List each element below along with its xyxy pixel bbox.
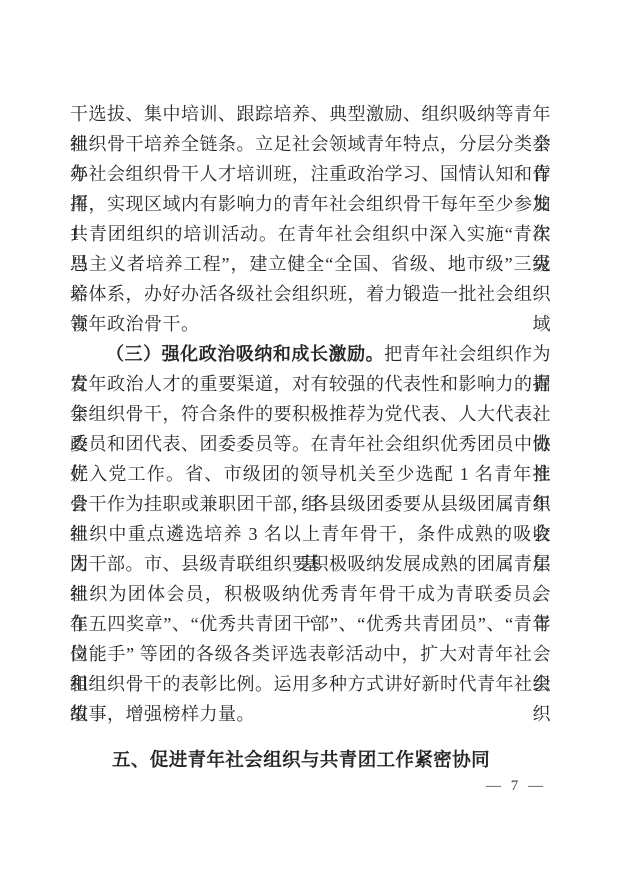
text-line: 年五四奖章”、“优秀共青团干部”、“优秀共青团员”、“青年岗 (70, 609, 551, 639)
text-line: 年社会组织骨干人才培训班，注重政治学习、国情认知和作用发 (70, 159, 551, 189)
text-line: 组织为团体会员，积极吸纳优秀青年骨干成为青联委员。在“青 (70, 579, 551, 609)
text-line: 青年政治人才的重要渠道，对有较强的代表性和影响力的青年社 (70, 369, 551, 399)
text-line: 共青团组织的培训活动。在青年社会组织中深入实施“青年马克 (70, 219, 551, 249)
text-line: 挥，实现区域内有影响力的青年社会组织骨干每年至少参加 1 次 (70, 189, 551, 219)
page-number: — 7 — (486, 778, 546, 795)
text-line: 骨干作为挂职或兼职团干部，各县级团委要从县级团属青年社会 (70, 489, 551, 519)
document-body: 干选拔、集中培训、跟踪培养、典型激励、组织吸纳等青年社会组织骨干培养全链条。立足… (70, 99, 551, 775)
paragraph-lead: （三）强化政治吸纳和成长激励。 (106, 344, 384, 364)
document-page: 干选拔、集中培训、跟踪培养、典型激励、组织吸纳等青年社会组织骨干培养全链条。立足… (0, 0, 620, 877)
text-line: 思主义者培养工程”，建立健全“全国、省级、地市级”三级培 (70, 249, 551, 279)
section-heading: 五、促进青年社会组织与共青团工作紧密协同 (70, 745, 551, 775)
text-line: 会组织骨干，符合条件的要积极推荐为党代表、人大代表、政协 (70, 399, 551, 429)
text-line: 组织骨干培养全链条。立足社会领域青年特点，分层分类举办青 (70, 129, 551, 159)
text-line: 干选拔、集中培训、跟踪培养、典型激励、组织吸纳等青年社会 (70, 99, 551, 129)
text-line: （三）强化政治吸纳和成长激励。把青年社会组织作为发掘 (70, 339, 551, 369)
text-line: 位能手” 等团的各级各类评选表彰活动中，扩大对青年社会组织 (70, 639, 551, 669)
text-line: 团干部。市、县级青联组织要积极吸纳发展成熟的团属青年社会 (70, 549, 551, 579)
text-line: 组织中重点遴选培养 3 名以上青年骨干，条件成熟的吸收为基层 (70, 519, 551, 549)
text-line: 委员和团代表、团委委员等。在青年社会组织优秀团员中做好推 (70, 429, 551, 459)
text-line: 优入党工作。省、市级团的领导机关至少选配 1 名青年社会组织 (70, 459, 551, 489)
text-line: 和组织骨干的表彰比例。运用多种方式讲好新时代青年社会组织 (70, 669, 551, 699)
text-line: 养体系，办好办活各级社会组织班，着力锻造一批社会组织领域 (70, 279, 551, 309)
